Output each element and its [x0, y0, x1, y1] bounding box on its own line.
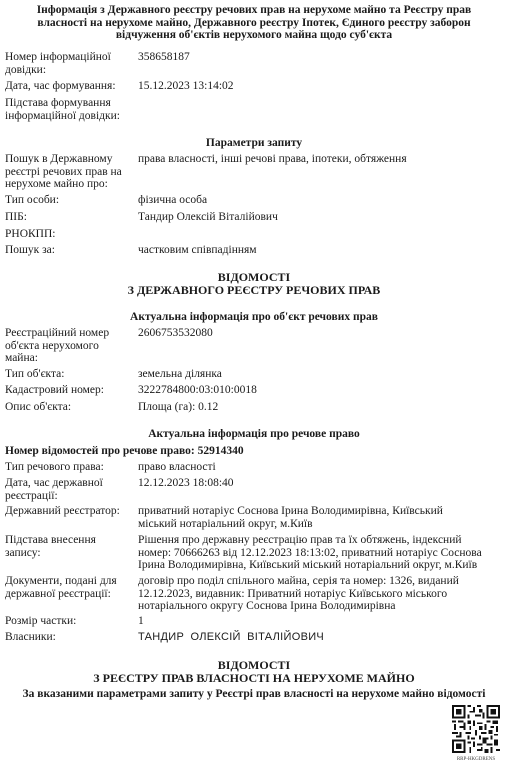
- share-value: 1: [138, 615, 500, 628]
- label-line: об'єкта нерухомого: [5, 340, 135, 353]
- registrar-label: Державний реєстратор:: [5, 505, 135, 518]
- label-line: інформаційної довідки:: [5, 110, 135, 123]
- title-line-1: Інформація з Державного реєстру речових …: [0, 4, 508, 17]
- query-heading: Параметри запиту: [0, 137, 508, 150]
- object-type-value: земельна ділянка: [138, 368, 500, 381]
- label-line: Реєстраційний номер: [5, 327, 135, 340]
- cadastral-value: 3222784800:03:010:0018: [138, 384, 500, 397]
- reg-date-value: 12.12.2023 18:08:40: [138, 477, 500, 490]
- tax-id-label: РНОКПП:: [5, 228, 135, 241]
- value-line: Ірина Володимирівна, Київський міський н…: [138, 559, 500, 572]
- docs-value: договір про поділ спільного майна, серія…: [138, 575, 500, 613]
- info-number-label: Номер інформаційної довідки:: [5, 51, 135, 76]
- name-value: Тандир Олексій Віталійович: [138, 211, 500, 224]
- title-line-2: власності на нерухоме майно, Державного …: [0, 17, 508, 30]
- value-line: нотаріального округу Соснова Ірина Волод…: [138, 600, 500, 613]
- info-date-label: Дата, час формування:: [5, 80, 135, 93]
- info-date-value: 15.12.2023 13:14:02: [138, 80, 500, 93]
- owners-value: ТАНДИР ОЛЕКСІЙ ВІТАЛІЙОВИЧ: [138, 631, 500, 644]
- registry-document: Інформація з Державного реєстру речових …: [0, 0, 508, 768]
- query-search-in-value: права власності, інші речові права, іпот…: [138, 153, 500, 166]
- description-label: Опис об'єкта:: [5, 401, 135, 414]
- value-line: 12.12.2023, видавник: Приватний нотаріус…: [138, 588, 500, 601]
- value-line: договір про поділ спільного майна, серія…: [138, 575, 500, 588]
- search-by-label: Пошук за:: [5, 244, 135, 257]
- record-number: Номер відомостей про речове право: 52914…: [5, 445, 244, 458]
- label-line: реєстрі речових прав на: [5, 166, 135, 179]
- heading-line: ВІДОМОСТІ: [0, 271, 508, 284]
- label-line: майна:: [5, 352, 135, 365]
- basis-label: Підстава внесення запису:: [5, 534, 135, 559]
- reg-number-value: 2606753532080: [138, 327, 500, 340]
- label-line: запису:: [5, 547, 135, 560]
- ownership-registry-heading: ВІДОМОСТІ З РЕЄСТРУ ПРАВ ВЛАСНОСТІ НА НЕ…: [0, 659, 508, 684]
- docs-label: Документи, подані для державної реєстрац…: [5, 575, 135, 600]
- info-number-value: 358658187: [138, 51, 500, 64]
- owners-label: Власники:: [5, 631, 135, 644]
- heading-line: З РЕЄСТРУ ПРАВ ВЛАСНОСТІ НА НЕРУХОМЕ МАЙ…: [0, 672, 508, 685]
- search-by-value: частковим співпадінням: [138, 244, 500, 257]
- heading-line: З ДЕРЖАВНОГО РЕЄСТРУ РЕЧОВИХ ПРАВ: [0, 284, 508, 297]
- document-title: Інформація з Державного реєстру речових …: [0, 4, 508, 42]
- right-type-value: право власності: [138, 461, 500, 474]
- right-heading: Актуальна інформація про речове право: [0, 428, 508, 441]
- object-type-label: Тип об'єкта:: [5, 368, 135, 381]
- name-label: ПІБ:: [5, 211, 135, 224]
- registrar-value: приватний нотаріус Соснова Ірина Володим…: [138, 505, 500, 530]
- description-value: Площа (га): 0.12: [138, 401, 500, 414]
- value-line: номер: 70666263 від 12.12.2023 18:13:02,…: [138, 547, 500, 560]
- heading-line: ВІДОМОСТІ: [0, 659, 508, 672]
- ownership-registry-note: За вказаними параметрами запиту у Реєстр…: [0, 688, 508, 701]
- value-line: Рішення про державну реєстрацію прав та …: [138, 534, 500, 547]
- object-heading: Актуальна інформація про об'єкт речових …: [0, 311, 508, 324]
- right-type-label: Тип речового права:: [5, 461, 135, 474]
- label-line: Документи, подані для: [5, 575, 135, 588]
- person-type-label: Тип особи:: [5, 194, 135, 207]
- value-line: приватний нотаріус Соснова Ірина Володим…: [138, 505, 500, 518]
- share-label: Розмір частки:: [5, 615, 135, 628]
- value-line: міський нотаріальний округ, м.Київ: [138, 518, 500, 531]
- label-line: реєстрації:: [5, 490, 135, 503]
- qr-code-label: RRP-HKGDRENS: [446, 757, 506, 763]
- title-line-3: відчуження об'єктів нерухомого майна щод…: [0, 29, 508, 42]
- label-line: державної реєстрації:: [5, 588, 135, 601]
- reg-number-label: Реєстраційний номер об'єкта нерухомого м…: [5, 327, 135, 365]
- label-line: довідки:: [5, 64, 135, 77]
- label-line: Підстава формування: [5, 97, 135, 110]
- label-line: нерухоме майно про:: [5, 178, 135, 191]
- basis-value: Рішення про державну реєстрацію прав та …: [138, 534, 500, 572]
- label-line: Дата, час державної: [5, 477, 135, 490]
- label-line: Пошук в Державному: [5, 153, 135, 166]
- info-basis-label: Підстава формування інформаційної довідк…: [5, 97, 135, 122]
- qr-code-icon: [452, 705, 500, 753]
- label-line: Підстава внесення: [5, 534, 135, 547]
- label-line: Номер інформаційної: [5, 51, 135, 64]
- cadastral-label: Кадастровий номер:: [5, 384, 135, 397]
- person-type-value: фізична особа: [138, 194, 500, 207]
- registry-heading: ВІДОМОСТІ З ДЕРЖАВНОГО РЕЄСТРУ РЕЧОВИХ П…: [0, 271, 508, 296]
- reg-date-label: Дата, час державної реєстрації:: [5, 477, 135, 502]
- query-search-in-label: Пошук в Державному реєстрі речових прав …: [5, 153, 135, 191]
